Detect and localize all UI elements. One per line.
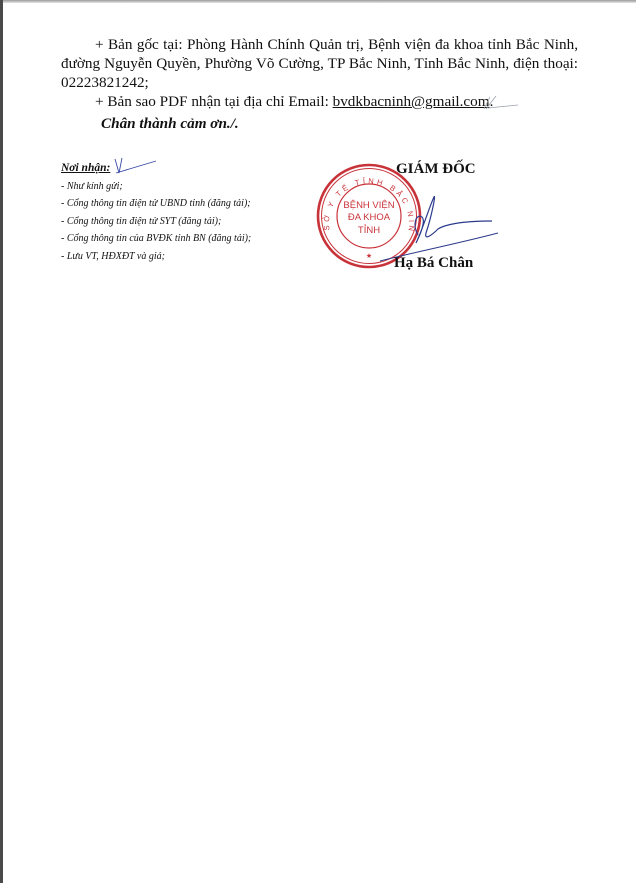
email-link[interactable]: bvdkbacninh@gmail.com	[333, 93, 490, 110]
recipient-item: - Cổng thông tin của BVĐK tỉnh BN (đăng …	[61, 230, 251, 248]
original-copy-paragraph: + Bản gốc tại: Phòng Hành Chính Quản trị…	[61, 35, 578, 92]
recipient-item: - Cổng thông tin điện tử UBND tỉnh (đăng…	[61, 195, 251, 213]
recipients-list: - Như kính gửi; - Cổng thông tin điện tử…	[61, 178, 251, 266]
page-top-edge	[0, 0, 636, 3]
pdf-copy-text: + Bản sao PDF nhận tại địa chỉ Email:	[95, 93, 333, 110]
initial-mark-icon	[110, 155, 158, 177]
recipient-item: - Lưu VT, HĐXĐT và giá;	[61, 248, 251, 266]
page-left-edge	[0, 0, 3, 883]
signature-icon	[360, 185, 500, 265]
closing-thanks: Chân thành cảm ơn./.	[101, 115, 239, 133]
signer-title: GIÁM ĐỐC	[396, 161, 476, 178]
recipient-item: - Cổng thông tin điện tử SYT (đăng tải);	[61, 213, 251, 231]
signer-name: Hạ Bá Chân	[394, 255, 473, 272]
recipient-item: - Như kính gửi;	[61, 178, 251, 196]
initial-mark-icon	[480, 93, 520, 113]
